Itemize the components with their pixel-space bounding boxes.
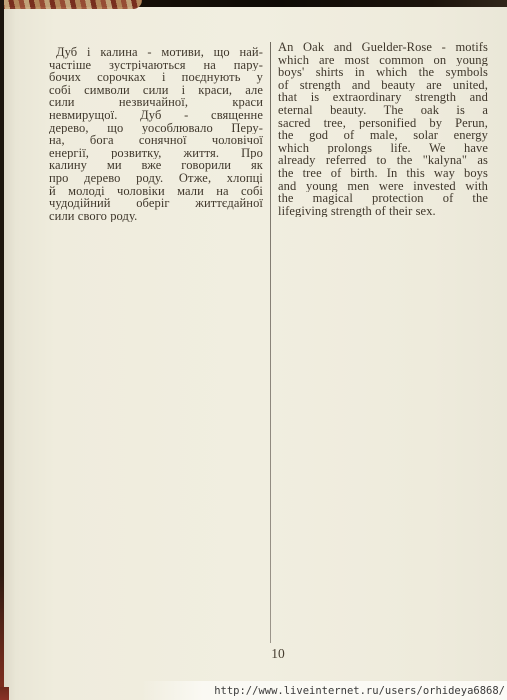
text-line: дерево, що уособлювало Перу- xyxy=(49,122,263,135)
page-number: 10 xyxy=(260,646,296,662)
text-line: на, бога сонячної чоловічої xyxy=(49,134,263,147)
text-line: that is extraordinary strength and xyxy=(278,91,488,104)
text-line: енергії, розвитку, життя. Про xyxy=(49,147,263,160)
text-line: already referred to the "kalyna" as xyxy=(278,154,488,167)
text-line: частіше зустрічаються на пару- xyxy=(49,59,263,72)
text-line: lifegiving strength of their sex. xyxy=(278,205,488,218)
text-line: сили незвичайної, краси xyxy=(49,96,263,109)
text-line: An Oak and Guelder-Rose - motifs xyxy=(278,41,488,54)
text-line: the god of male, solar energy xyxy=(278,129,488,142)
english-text-column: An Oak and Guelder-Rose - motifswhich ar… xyxy=(278,41,488,217)
text-line: which are most common on young xyxy=(278,54,488,67)
scanned-book-page: Дуб і калина - мотиви, що най-частіше зу… xyxy=(0,0,507,700)
text-line: boys' shirts in which the symbols xyxy=(278,66,488,79)
text-line: чудодійний оберіг життєдайної xyxy=(49,197,263,210)
text-line: бочих сорочках і поєднують у xyxy=(49,71,263,84)
column-divider-line xyxy=(270,42,271,643)
text-line: Дуб і калина - мотиви, що най- xyxy=(49,46,263,59)
text-line: собі символи сили і краси, але xyxy=(49,84,263,97)
watermark-url: http://www.liveinternet.ru/users/orhidey… xyxy=(214,685,507,697)
ukrainian-text-column: Дуб і калина - мотиви, що най-частіше зу… xyxy=(49,46,263,222)
text-line: the magical protection of the xyxy=(278,192,488,205)
text-line: невмирущої. Дуб - священне xyxy=(49,109,263,122)
text-line: й молоді чоловіки мали на собі xyxy=(49,185,263,198)
text-line: про дерево роду. Отже, хлопці xyxy=(49,172,263,185)
text-line: which prolongs life. We have xyxy=(278,142,488,155)
scan-left-edge xyxy=(0,0,4,700)
scan-top-edge xyxy=(0,0,507,7)
book-cover-corner xyxy=(0,687,9,700)
text-line: and young men were invested with xyxy=(278,180,488,193)
watermark-url-bar: http://www.liveinternet.ru/users/orhidey… xyxy=(0,681,507,700)
book-spine-decoration xyxy=(0,0,142,9)
text-line: сили свого роду. xyxy=(49,210,263,223)
text-line: eternal beauty. The oak is a xyxy=(278,104,488,117)
text-line: the tree of birth. In this way boys xyxy=(278,167,488,180)
text-line: of strength and beauty are united, xyxy=(278,79,488,92)
text-line: калину ми вже говорили як xyxy=(49,159,263,172)
text-line: sacred tree, personified by Perun, xyxy=(278,117,488,130)
